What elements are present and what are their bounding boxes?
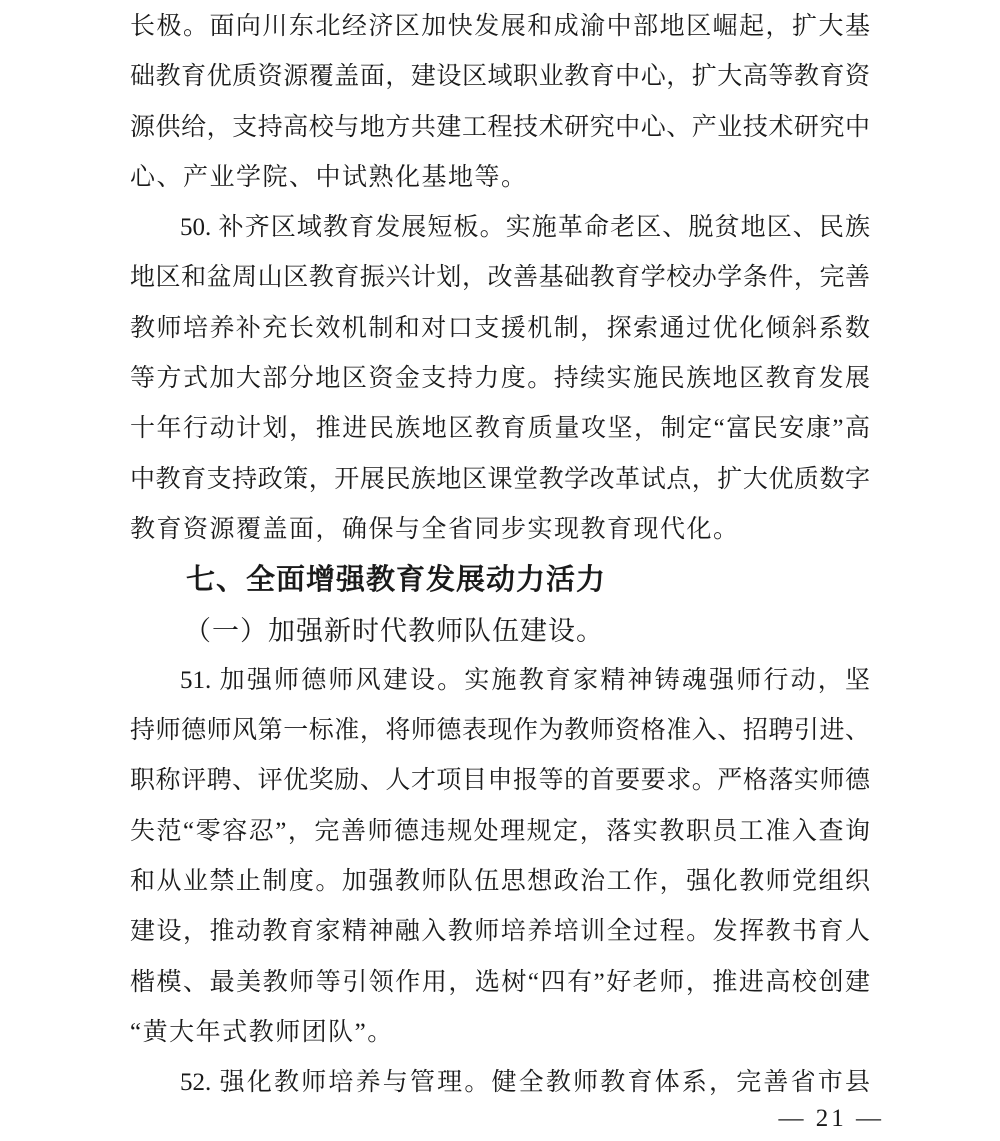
text-line: 持师德师风第一标准，将师德表现作为教师资格准入、招聘引进、 bbox=[130, 706, 870, 756]
text-line: 等方式加大部分地区资金支持力度。持续实施民族地区教育发展 bbox=[130, 354, 870, 404]
text-line: 51. 加强师德师风建设。实施教育家精神铸魂强师行动，坚 bbox=[130, 656, 870, 706]
document-page: 长极。面向川东北经济区加快发展和成渝中部地区崛起，扩大基础教育优质资源覆盖面，建… bbox=[0, 0, 1000, 1141]
page-number: — 21 — bbox=[779, 1102, 885, 1136]
text-line: “黄大年式教师团队”。 bbox=[130, 1008, 870, 1058]
text-line: 教师培养补充长效机制和对口支援机制，探索通过优化倾斜系数 bbox=[130, 304, 870, 354]
text-line: 教育资源覆盖面，确保与全省同步实现教育现代化。 bbox=[130, 505, 870, 555]
text-line: 50. 补齐区域教育发展短板。实施革命老区、脱贫地区、民族 bbox=[130, 203, 870, 253]
text-line: 建设，推动教育家精神融入教师培养培训全过程。发挥教书育人 bbox=[130, 907, 870, 957]
text-line: 职称评聘、评优奖励、人才项目申报等的首要要求。严格落实师德 bbox=[130, 756, 870, 806]
text-line: 长极。面向川东北经济区加快发展和成渝中部地区崛起，扩大基 bbox=[130, 2, 870, 52]
text-line: 中教育支持政策，开展民族地区课堂教学改革试点，扩大优质数字 bbox=[130, 455, 870, 505]
text-line: 52. 强化教师培养与管理。健全教师教育体系，完善省市县 bbox=[130, 1058, 870, 1108]
text-line: 地区和盆周山区教育振兴计划，改善基础教育学校办学条件，完善 bbox=[130, 253, 870, 303]
text-line: 楷模、最美教师等引领作用，选树“四有”好老师，推进高校创建 bbox=[130, 958, 870, 1008]
text-line: 十年行动计划，推进民族地区教育质量攻坚，制定“富民安康”高 bbox=[130, 404, 870, 454]
text-line: 失范“零容忍”，完善师德违规处理规定，落实教职员工准入查询 bbox=[130, 807, 870, 857]
heading-section: 七、全面增强教育发展动力活力 bbox=[130, 555, 870, 605]
text-line: 心、产业学院、中试熟化基地等。 bbox=[130, 153, 870, 203]
text-line: 和从业禁止制度。加强教师队伍思想政治工作，强化教师党组织 bbox=[130, 857, 870, 907]
text-column: 长极。面向川东北经济区加快发展和成渝中部地区崛起，扩大基础教育优质资源覆盖面，建… bbox=[130, 2, 870, 1109]
heading-subsection: （一）加强新时代教师队伍建设。 bbox=[130, 606, 870, 656]
text-line: 础教育优质资源覆盖面，建设区域职业教育中心，扩大高等教育资 bbox=[130, 52, 870, 102]
text-line: 源供给，支持高校与地方共建工程技术研究中心、产业技术研究中 bbox=[130, 103, 870, 153]
